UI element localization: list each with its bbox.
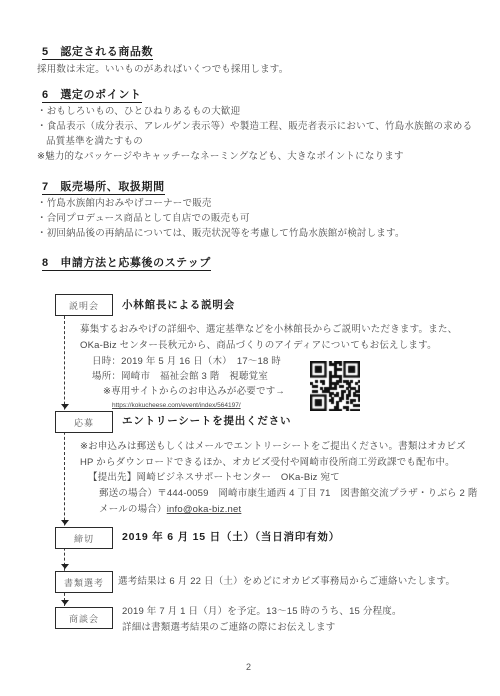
section-6-heading: 6 選定のポイント [42, 89, 142, 103]
step-3-title: 2019 年 6 月 15 日（土）（当日消印有効） [122, 531, 340, 543]
step-2-body-line: HP からダウンロードできるほか、オカビズ受付や岡崎市役所商工労政課でも配布中。 [80, 457, 455, 468]
step-2-email-line: メールの場合）info@oka-biz.net [99, 504, 241, 515]
section-6-line: ・おもしろいもの、ひとひねりあるもの大歓迎 [37, 106, 240, 117]
section-5-heading: 5 認定される商品数 [42, 46, 153, 60]
arrow-down-icon [61, 404, 69, 409]
step-1-body-line: 募集するおみやげの詳細や、選定基準などを小林館長からご説明いただきます。また、 [80, 324, 457, 335]
step-1-title: 小林館長による説明会 [122, 299, 235, 311]
section-6-line: 品質基準を満たすもの [46, 136, 143, 147]
step-2-email-prefix: メールの場合） [99, 504, 167, 515]
step-1-note-line: ※専用サイトからのお申込みが必要です→ [103, 386, 285, 397]
step-2-submit-line: 【提出先】岡崎ビジネスサポートセンター OKa-Biz 宛て [88, 472, 340, 483]
step-5-body-line: 2019 年 7 月 1 日（月）を予定。13～15 時のうち、15 分程度。 [122, 606, 402, 617]
qr-code-image [310, 361, 360, 411]
flow-step-box-shorui-senkou: 書類選考 [55, 571, 113, 593]
section-6-line: ※魅力的なパッケージやキャッチーなネーミングなども、大きなポイントになります [37, 151, 404, 162]
arrow-down-icon [61, 600, 69, 605]
page-number: 2 [246, 662, 251, 672]
document-page: 5 認定される商品数 採用数は未定。いいものがあればいくつでも採用します。 6 … [0, 0, 500, 696]
section-7-line: ・合同プロデュース商品として自店での販売も可 [37, 213, 250, 224]
step-5-body-line: 詳細は書類選考結果のご連絡の際にお伝えします [122, 622, 335, 633]
section-8-heading: 8 申請方法と応募後のステップ [42, 257, 211, 271]
flow-step-box-setsumeikai: 説明会 [55, 294, 113, 316]
arrow-down-icon [61, 564, 69, 569]
section-7-line: ・初回納品後の再納品については、販売状況等を考慮して竹島水族館が検討します。 [37, 228, 405, 239]
event-url-link[interactable]: https://kokucheese.com/event/index/56419… [112, 400, 241, 411]
arrow-down-icon [61, 520, 69, 525]
flow-step-box-shoudankai: 商談会 [55, 607, 113, 629]
section-6-line: ・食品表示（成分表示、アレルゲン表示等）や製造工程、販売者表示において、竹島水族… [37, 121, 472, 132]
step-1-body-line: OKa-Biz センター長秋元から、商品づくりのアイディアについてもお伝えします… [80, 340, 437, 351]
step-1-place-line: 場所：岡崎市 福祉会館 3 階 視聴覚室 [92, 371, 268, 382]
section-7-heading: 7 販売場所、取扱期間 [42, 181, 165, 195]
step-2-body-line: ※お申込みは郵送もしくはメールでエントリーシートをご提出ください。書類はオカビズ [80, 441, 466, 452]
step-2-title: エントリーシートを提出ください [122, 415, 291, 427]
flow-step-box-shimekiri: 締切 [55, 527, 113, 549]
email-link[interactable]: info@oka-biz.net [167, 504, 242, 515]
section-7-line: ・竹島水族館内おみやげコーナーで販売 [37, 198, 212, 209]
step-1-datetime-line: 日時：2019 年 5 月 16 日（木） 17～18 時 [92, 356, 281, 367]
flow-connector-dashed-line [64, 316, 65, 606]
flow-step-box-oubo: 応募 [55, 411, 113, 433]
step-2-postal-line: 郵送の場合）〒444-0059 岡崎市康生通西 4 丁目 71 図書館交流プラザ… [99, 488, 478, 499]
section-5-line: 採用数は未定。いいものがあればいくつでも採用します。 [37, 64, 288, 75]
step-4-body-line: 選考結果は 6 月 22 日（土）をめどにオカビズ事務局からご連絡いたします。 [118, 576, 455, 587]
